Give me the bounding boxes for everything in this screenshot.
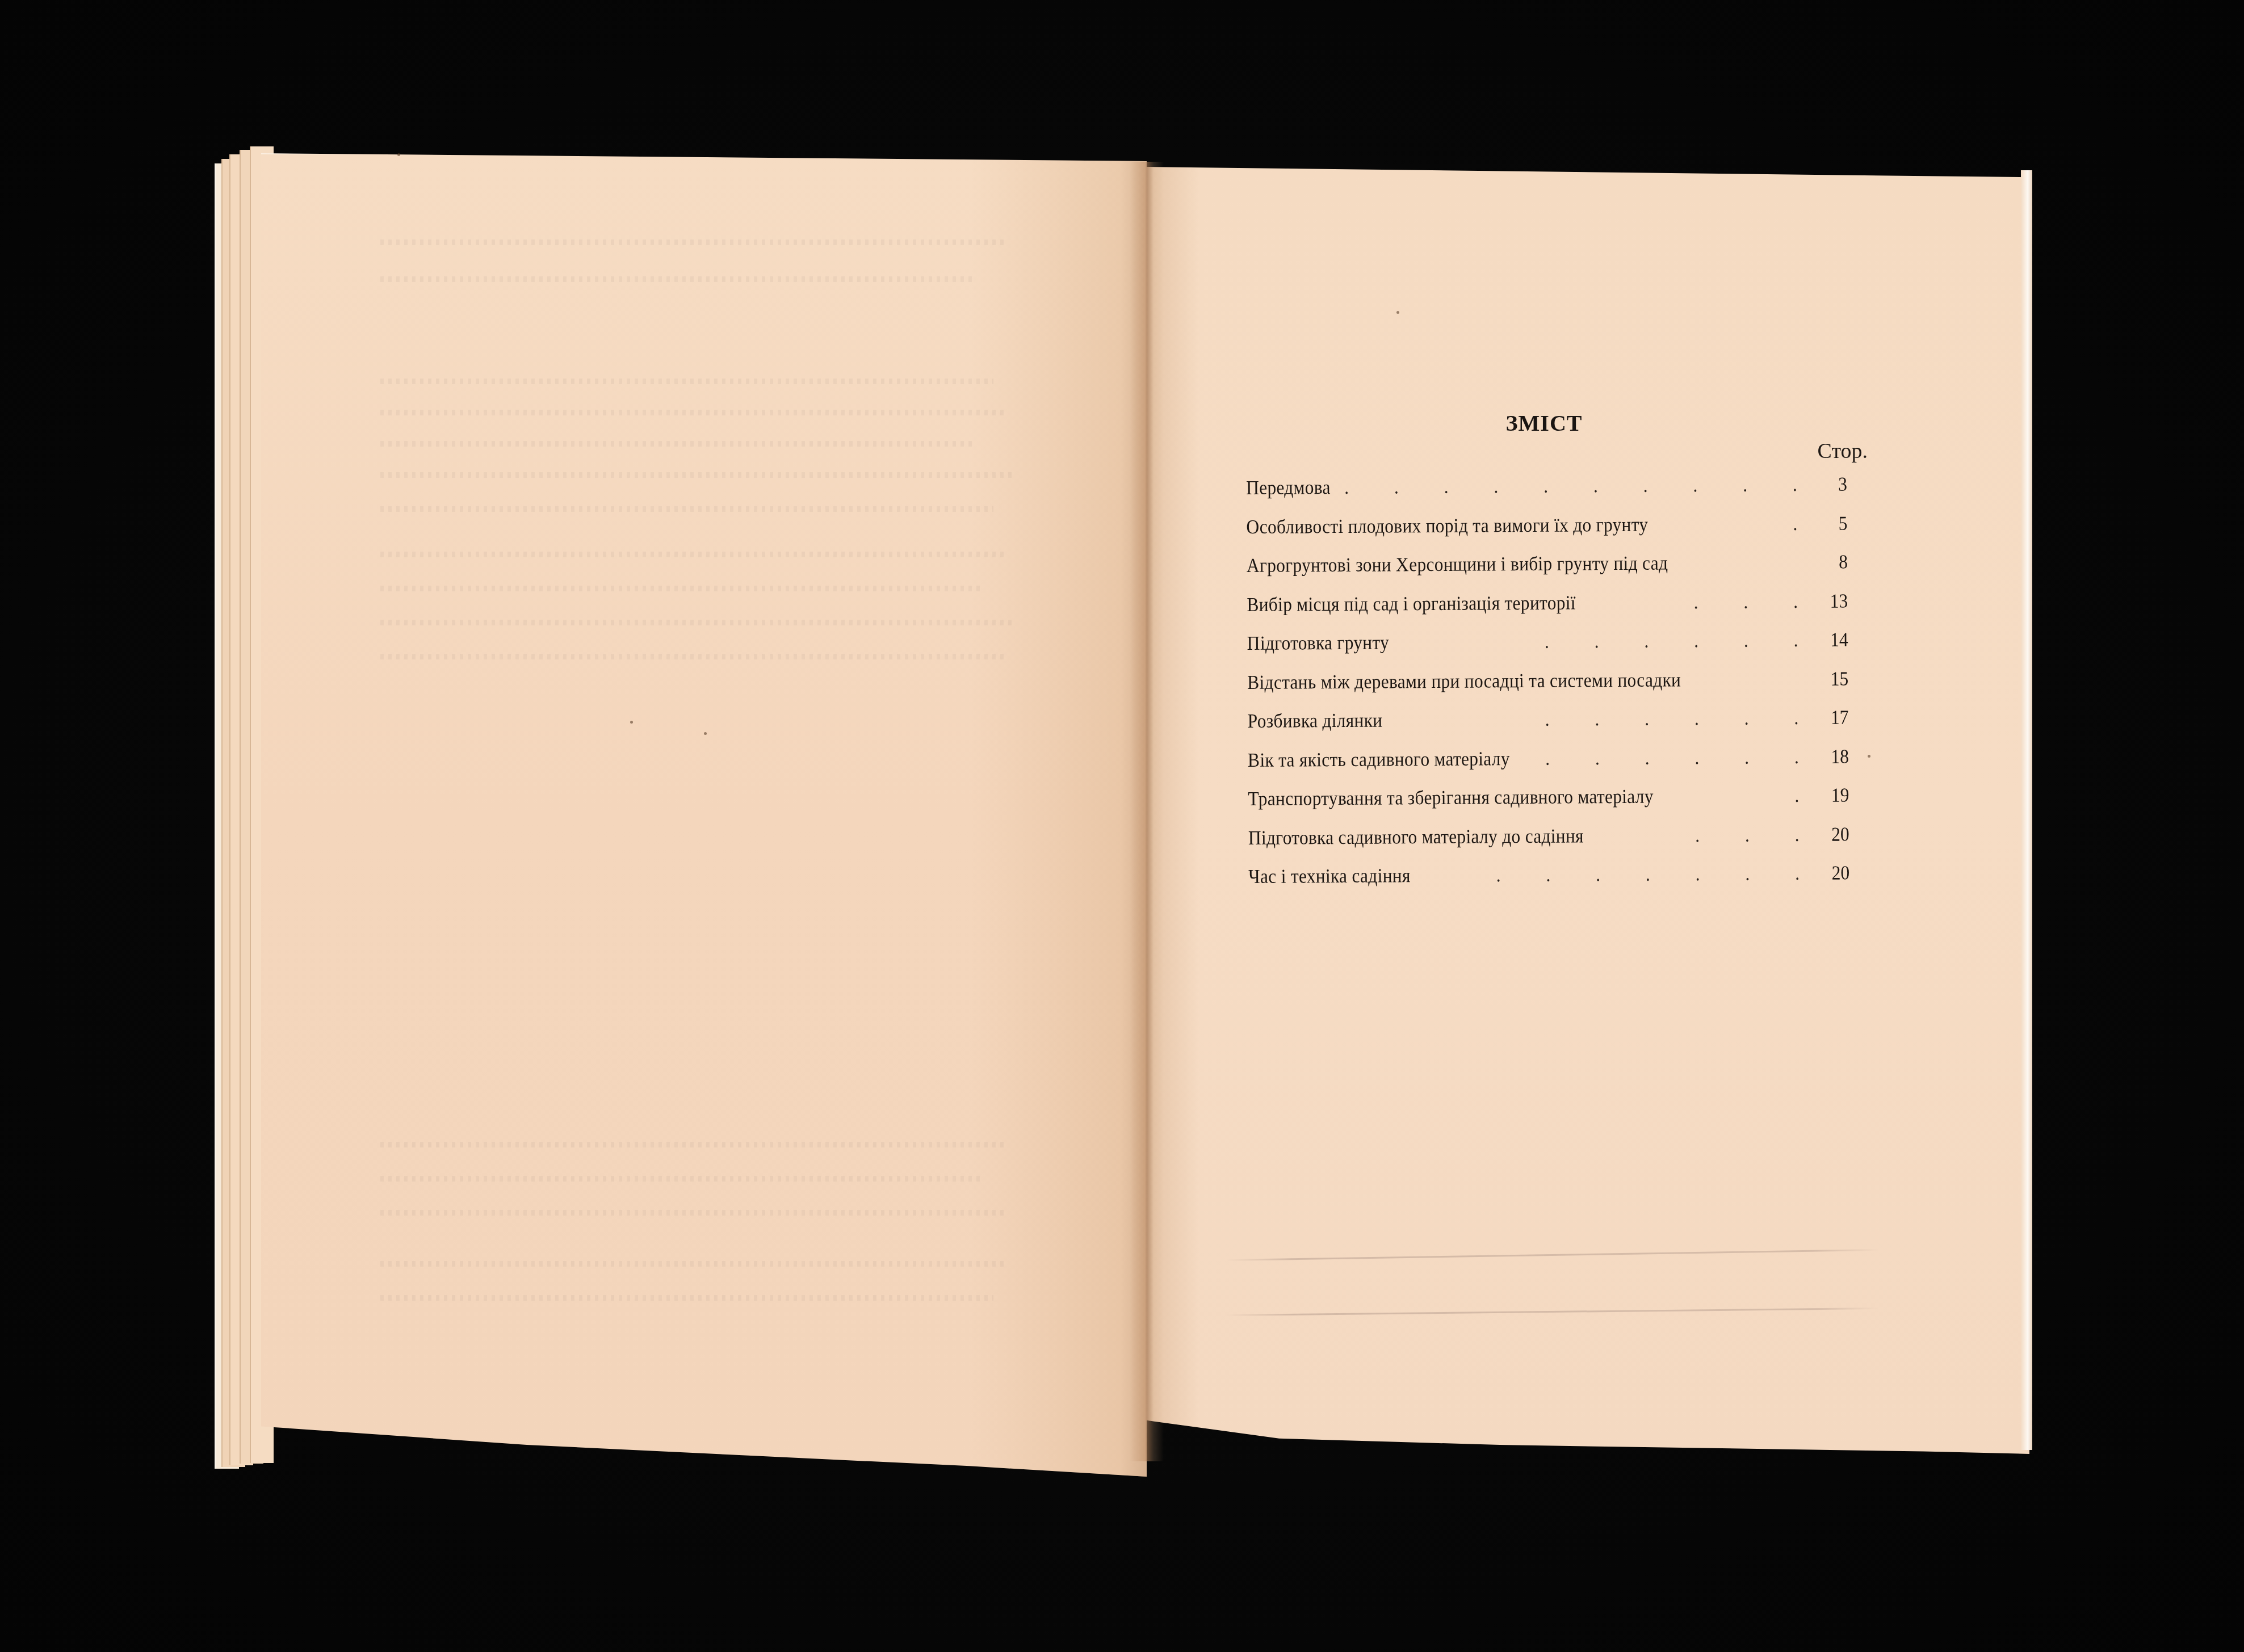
toc-entry-label: Розбивка ділянки [1248,709,1383,733]
toc-entry: Розбивка ділянки . . . . . . 17 [1248,707,1849,749]
toc-entry-label: Підготовка садивного матеріалу до садінн… [1248,825,1584,850]
toc-page-number: 17 [1824,707,1848,729]
paper-speck [704,732,707,735]
toc-entry: Вік та якість садивного матеріалу . . . … [1248,745,1849,788]
show-through-text [380,506,993,512]
toc-page-number: 14 [1823,629,1848,651]
show-through-text [380,552,1005,557]
toc-entry: Агрогрунтові зони Херсонщини і вибір гру… [1247,551,1848,594]
toc-dot-leader: . . . [1584,823,1825,847]
toc-entry-label: Час і техніка садіння [1248,864,1411,888]
toc-dot-leader: . . . . . . [1389,629,1824,654]
paper-speck [1868,755,1870,758]
toc-entry: Час і техніка садіння . . . . . . . 20 [1248,862,1849,905]
toc-entry-label: Вік та якість садивного матеріалу [1248,747,1510,772]
toc-entry: Транспортування та зберігання садивного … [1248,784,1849,827]
show-through-text [380,276,976,282]
toc-dot-leader: . . . . . . [1510,745,1824,770]
toc-page-number: 8 [1823,551,1848,574]
left-page [261,153,1147,1477]
toc-entry-label: Вибір місця під сад і організація терито… [1247,591,1576,616]
toc-entry: Підготовка грунту . . . . . . 14 [1247,629,1848,671]
paper-speck [397,153,400,156]
toc-dot-leader: . . . . . . [1382,707,1824,732]
toc-entry: Передмова . . . . . . . . . . 3 [1246,473,1847,516]
toc-entry: Підготовка садивного матеріалу до садінн… [1248,823,1849,865]
toc-page-number: 19 [1824,784,1849,807]
toc-entry-label: Передмова [1246,476,1331,499]
toc-entry-label: Відстань між деревами при посадці та сис… [1247,669,1681,694]
toc-entry: Особливості плодових порід та вимоги їх … [1246,512,1847,554]
toc-dot-leader: . [1654,784,1825,808]
toc-page-number: 18 [1824,745,1849,768]
toc-entry-label: Агрогрунтові зони Херсонщини і вибір гру… [1247,552,1668,577]
toc-dot-leader [1668,569,1823,570]
show-through-text [380,379,993,384]
toc-dot-leader: . . . . . . . [1410,862,1825,887]
show-through-text [380,441,976,447]
paper-speck [630,721,633,724]
show-through-text [380,620,1016,625]
show-through-text [380,239,1005,245]
toc-dot-leader [1681,685,1824,686]
toc-page-number: 3 [1823,473,1847,496]
show-through-text [380,1261,1005,1267]
toc-page-number: 5 [1823,512,1847,535]
toc-title: ЗМІСТ [1487,410,1601,436]
toc-entry-label: Транспортування та зберігання садивного … [1248,785,1653,810]
toc-page-column-header: Стор. [1800,439,1868,464]
paper-speck [1396,311,1399,314]
show-through-text [380,1142,1005,1147]
show-through-text [380,1295,993,1301]
toc-entry-label: Підготовка грунту [1247,631,1389,655]
show-through-text [380,472,1016,478]
toc-page-number: 20 [1825,862,1849,885]
toc-dot-leader: . [1648,512,1823,536]
right-page-edge [2021,170,2032,1450]
show-through-text [380,1210,1005,1216]
toc-entry: Відстань між деревами при посадці та сис… [1247,667,1848,710]
toc-page-number: 13 [1823,590,1848,612]
show-through-text [380,654,1005,659]
show-through-text [380,1176,982,1182]
toc-dot-leader: . . . [1576,590,1824,614]
table-of-contents: Передмова . . . . . . . . . . 3 Особливо… [1246,473,1851,905]
show-through-text [380,410,1005,415]
toc-entry: Вибір місця під сад і організація терито… [1247,590,1848,632]
toc-dot-leader: . . . . . . . . . . [1331,473,1823,499]
toc-entry-label: Особливості плодових порід та вимоги їх … [1246,513,1648,538]
toc-page-number: 15 [1824,667,1848,690]
show-through-text [380,586,982,591]
toc-page-number: 20 [1824,823,1849,846]
